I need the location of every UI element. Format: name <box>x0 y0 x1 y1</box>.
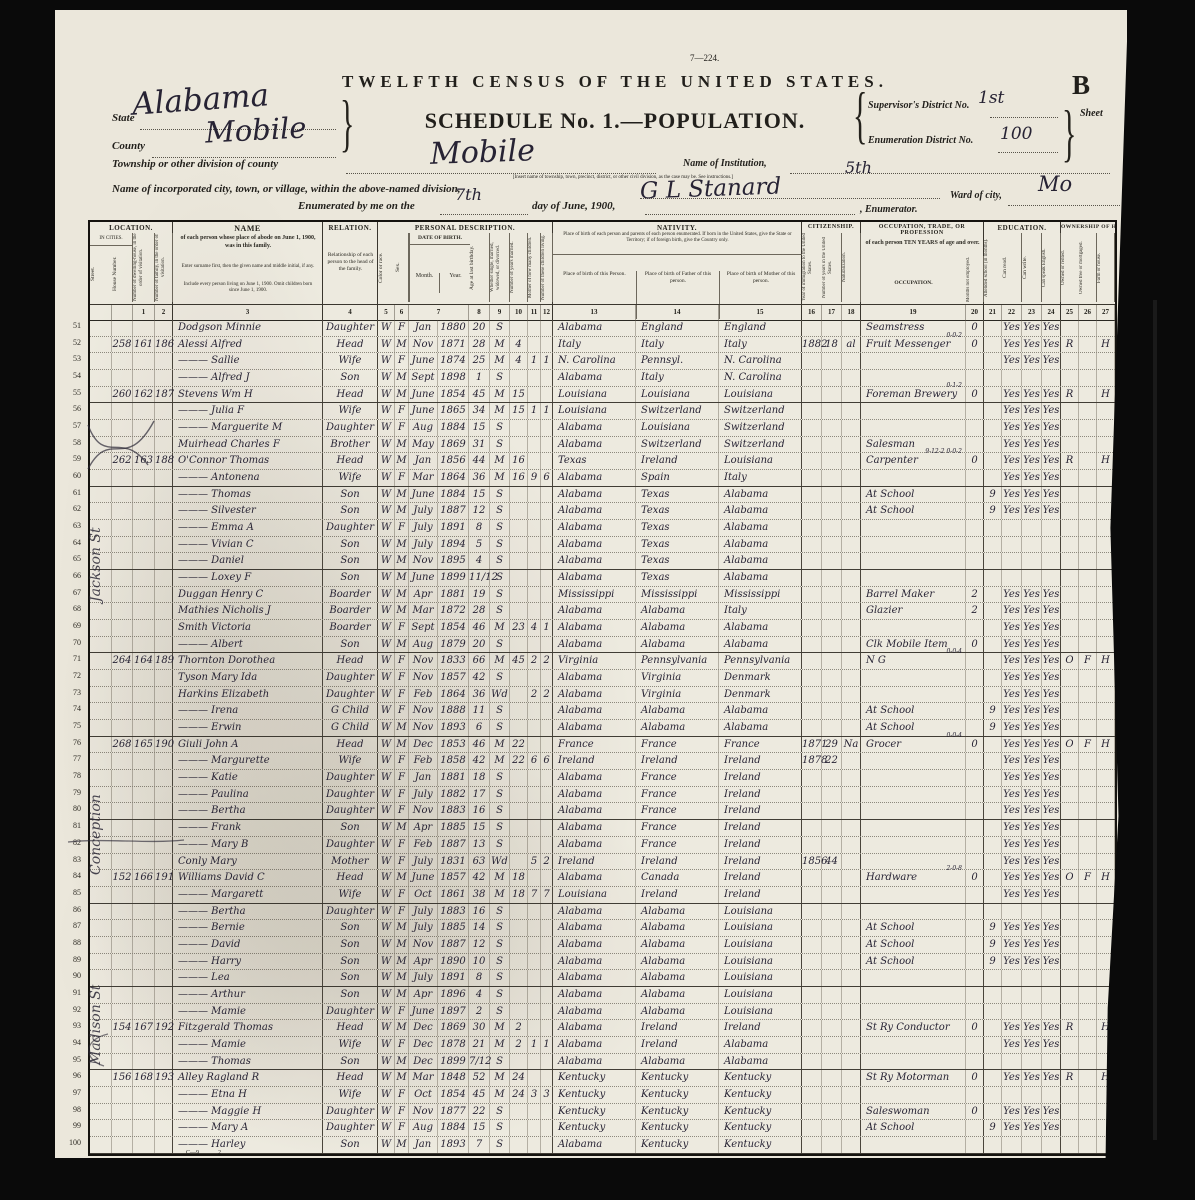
cell-oc <box>861 904 966 920</box>
cell-m: M <box>490 620 510 636</box>
cell-rd <box>1002 537 1022 553</box>
cell-ag: 30 <box>469 1020 490 1036</box>
line-number: 99 <box>60 1118 86 1135</box>
cell-cl: 1 <box>541 1037 553 1053</box>
cell-cl <box>541 803 553 819</box>
cell-m: M <box>490 1037 510 1053</box>
cell-pb: Alabama <box>553 687 636 703</box>
ward-prefix: 5th <box>845 158 872 177</box>
cell-ow <box>1061 620 1079 636</box>
cell-bm: Sept <box>409 620 438 636</box>
cell-ym: 4 <box>510 337 528 353</box>
cell-rd: Yes <box>1002 603 1022 619</box>
cell-pm: Alabama <box>719 487 802 503</box>
cell-rel: Mother <box>323 854 378 870</box>
cell-wr: Yes <box>1022 837 1042 853</box>
cell-f <box>155 787 173 803</box>
cell-f <box>155 487 173 503</box>
cell-mu: 0 <box>966 737 984 753</box>
cell-rel: Boarder <box>323 603 378 619</box>
line-number: 55 <box>60 385 86 402</box>
township-value: Mobile <box>429 133 535 172</box>
cell-en <box>1042 1137 1061 1153</box>
cell-nm: ——— Bernie <box>173 920 323 936</box>
cell-bm: Mar <box>409 603 438 619</box>
cell-im <box>802 820 822 836</box>
cell-en: Yes <box>1042 453 1061 469</box>
cell-rel: Son <box>323 970 378 986</box>
cell-wr: Yes <box>1022 920 1042 936</box>
cell-s: M <box>395 1070 409 1086</box>
cell-oc <box>861 787 966 803</box>
cell-f <box>155 620 173 636</box>
cell-h <box>112 753 133 769</box>
cell-pb: Louisiana <box>553 887 636 903</box>
cell-na <box>842 687 861 703</box>
cell-rel: Son <box>323 937 378 953</box>
cell-by: 1883 <box>438 803 469 819</box>
cell-ow <box>1061 803 1079 819</box>
cell-h <box>112 620 133 636</box>
cell-cl <box>541 637 553 653</box>
cell-mu <box>966 1004 984 1020</box>
cell-oc <box>861 620 966 636</box>
cell-ow <box>1061 503 1079 519</box>
cell-h <box>112 487 133 503</box>
cell-im <box>802 1104 822 1120</box>
cell-ow <box>1061 537 1079 553</box>
col-naturalization: Naturalization. <box>842 233 861 302</box>
cell-rel: Daughter <box>323 1120 378 1136</box>
cell-pb: Alabama <box>553 1037 636 1053</box>
cell-ym: 22 <box>510 753 528 769</box>
cell-ow: R <box>1061 337 1079 353</box>
cell-oc: Grocer0-0-4 <box>861 737 966 753</box>
cell-en: Yes <box>1042 787 1061 803</box>
cell-f <box>155 1004 173 1020</box>
cell-ag: 34 <box>469 403 490 419</box>
relation-desc: Relationship of each person to the head … <box>326 252 375 273</box>
cell-d <box>133 720 155 736</box>
cell-c: W <box>378 537 395 553</box>
cell-ow <box>1061 954 1079 970</box>
cell-d <box>133 1120 155 1136</box>
line-number: 86 <box>60 902 86 919</box>
cell-pf: Alabama <box>636 637 719 653</box>
cell-nm: ——— Thomas <box>173 487 323 503</box>
cell-ag: 28 <box>469 603 490 619</box>
cell-h <box>112 703 133 719</box>
cell-wr <box>1022 570 1042 586</box>
cell-mu <box>966 937 984 953</box>
cell-rel: Son <box>323 570 378 586</box>
cell-wr: Yes <box>1022 737 1042 753</box>
cell-ag: 14 <box>469 920 490 936</box>
cell-ow: O <box>1061 870 1079 886</box>
district-brace-open: { <box>853 81 867 152</box>
cell-pb: Alabama <box>553 370 636 386</box>
cell-m: M <box>490 403 510 419</box>
cell-bm: Dec <box>409 1054 438 1070</box>
col-pob: Place of birth of this Person. <box>553 271 636 278</box>
cell-mb <box>528 1070 541 1086</box>
cell-cl <box>541 537 553 553</box>
cell-mu <box>966 837 984 853</box>
cell-ag: 31 <box>469 437 490 453</box>
cell-bm: Dec <box>409 1020 438 1036</box>
cell-m: S <box>490 970 510 986</box>
cell-na <box>842 937 861 953</box>
cell-im <box>802 670 822 686</box>
group-citizenship: CITIZENSHIP. Year of immigration to the … <box>802 222 861 304</box>
cell-pb: Alabama <box>553 570 636 586</box>
footer-note: C—9 <box>186 1150 199 1156</box>
column-number <box>90 305 112 321</box>
cell-bm: Apr <box>409 820 438 836</box>
cell-ag: 66 <box>469 653 490 669</box>
cell-ag: 21 <box>469 1037 490 1053</box>
cell-pf: England <box>636 320 719 336</box>
cell-im <box>802 687 822 703</box>
cell-rel: Head <box>323 387 378 403</box>
cell-bm: Nov <box>409 1104 438 1120</box>
cell-h <box>112 520 133 536</box>
cell-im <box>802 603 822 619</box>
cell-oc <box>861 837 966 853</box>
cell-en <box>1042 1004 1061 1020</box>
cell-bm: Nov <box>409 937 438 953</box>
col-year: Year. <box>439 273 471 293</box>
cell-en: Yes <box>1042 753 1061 769</box>
cell-m: S <box>490 904 510 920</box>
cell-wr: Yes <box>1022 603 1042 619</box>
cell-yu: 29 <box>822 737 842 753</box>
cell-oc: St Ry Conductor <box>861 1020 966 1036</box>
cell-nm: Tyson Mary Ida <box>173 670 323 686</box>
cell-en <box>1042 987 1061 1003</box>
cell-m: S <box>490 1004 510 1020</box>
cell-pf: France <box>636 820 719 836</box>
cell-c: W <box>378 387 395 403</box>
cell-pm: Denmark <box>719 670 802 686</box>
cell-s: F <box>395 904 409 920</box>
cell-pf: Ireland <box>636 453 719 469</box>
col-house: House Number. <box>112 246 133 302</box>
cell-rd: Yes <box>1002 1037 1022 1053</box>
cell-by: 1897 <box>438 1004 469 1020</box>
cell-en: Yes <box>1042 670 1061 686</box>
cell-h <box>112 1054 133 1070</box>
cell-nm: ——— Loxey F <box>173 570 323 586</box>
cell-pb: Louisiana <box>553 387 636 403</box>
cell-wr: Yes <box>1022 1020 1042 1036</box>
cell-fm <box>1079 337 1097 353</box>
cell-c: W <box>378 570 395 586</box>
cell-sc <box>984 1020 1002 1036</box>
cell-pb: Alabama <box>553 803 636 819</box>
cell-ow <box>1061 320 1079 336</box>
line-number: 83 <box>60 852 86 869</box>
cell-h <box>112 987 133 1003</box>
cell-fm <box>1079 520 1097 536</box>
cell-c: W <box>378 1037 395 1053</box>
margin-flourish-curve <box>74 1030 114 1070</box>
cell-ym <box>510 854 528 870</box>
cell-wr: Yes <box>1022 420 1042 436</box>
cell-en: Yes <box>1042 1104 1061 1120</box>
cell-fm <box>1079 403 1097 419</box>
cell-rd: Yes <box>1002 687 1022 703</box>
cell-rd <box>1002 904 1022 920</box>
cell-mb <box>528 637 541 653</box>
cell-mb: 1 <box>528 353 541 369</box>
cell-s: F <box>395 320 409 336</box>
cell-ym <box>510 687 528 703</box>
cell-pm: Alabama <box>719 637 802 653</box>
cell-yu <box>822 470 842 486</box>
cell-mb <box>528 720 541 736</box>
cell-ow <box>1061 470 1079 486</box>
cell-m: S <box>490 503 510 519</box>
cell-cl <box>541 370 553 386</box>
cell-mu <box>966 904 984 920</box>
cell-mb <box>528 370 541 386</box>
cell-im: 1878 <box>802 753 822 769</box>
cell-rel: Daughter <box>323 670 378 686</box>
cell-bm: Mar <box>409 470 438 486</box>
cell-mb: 2 <box>528 687 541 703</box>
cell-rd <box>1002 1087 1022 1103</box>
enumeration-value: 100 <box>1000 124 1032 144</box>
cell-m: M <box>490 387 510 403</box>
cell-s: M <box>395 437 409 453</box>
cell-f: 189 <box>155 653 173 669</box>
cell-m: M <box>490 1087 510 1103</box>
cell-s: M <box>395 954 409 970</box>
cell-st <box>90 1120 112 1136</box>
cell-s: F <box>395 854 409 870</box>
cell-bm: Nov <box>409 720 438 736</box>
cell-ow: R <box>1061 387 1079 403</box>
cell-im <box>802 887 822 903</box>
cell-mu <box>966 920 984 936</box>
cell-pb: Alabama <box>553 537 636 553</box>
cell-en <box>1042 904 1061 920</box>
cell-fh <box>1097 787 1115 803</box>
cell-rel: Boarder <box>323 587 378 603</box>
cell-s: M <box>395 970 409 986</box>
cell-pf: France <box>636 737 719 753</box>
cell-ym: 16 <box>510 470 528 486</box>
cell-oc: Foreman Brewery0-1-2 <box>861 387 966 403</box>
cell-f <box>155 537 173 553</box>
cell-pm: Kentucky <box>719 1120 802 1136</box>
cell-by: 1877 <box>438 1104 469 1120</box>
cell-na <box>842 620 861 636</box>
cell-h <box>112 770 133 786</box>
cell-by: 1854 <box>438 620 469 636</box>
cell-nm: Fitzgerald Thomas <box>173 1020 323 1036</box>
cell-h <box>112 970 133 986</box>
cell-fm <box>1079 970 1097 986</box>
cell-ag: 15 <box>469 820 490 836</box>
cell-pb: Alabama <box>553 770 636 786</box>
cell-cl <box>541 720 553 736</box>
cell-pm: N. Carolina <box>719 370 802 386</box>
cell-d <box>133 854 155 870</box>
cell-sc: 9 <box>984 954 1002 970</box>
cell-im <box>802 987 822 1003</box>
col-years-us: Number of years in the United States. <box>822 233 842 302</box>
cell-ag: 2 <box>469 1004 490 1020</box>
cell-st <box>90 353 112 369</box>
ward-value: Mo <box>1038 172 1072 196</box>
cell-pf: Ireland <box>636 887 719 903</box>
column-number: 23 <box>1022 305 1042 321</box>
enumerator-signature: G L Stanard <box>640 174 782 205</box>
county-label: County <box>112 140 145 152</box>
cell-f <box>155 1120 173 1136</box>
cell-nm: ——— Erwin <box>173 720 323 736</box>
cell-mb <box>528 603 541 619</box>
cell-f <box>155 370 173 386</box>
cell-by: 1831 <box>438 854 469 870</box>
cell-im: 1882 <box>802 337 822 353</box>
cell-h <box>112 1037 133 1053</box>
cell-im <box>802 1004 822 1020</box>
column-number-row: 1234567891011121314151617181920212223242… <box>90 304 1115 321</box>
cell-fh <box>1097 420 1115 436</box>
cell-wr <box>1022 553 1042 569</box>
institution-label: Name of Institution, <box>683 158 767 169</box>
cell-pm: Louisiana <box>719 1004 802 1020</box>
cell-wr <box>1022 904 1042 920</box>
cell-wr <box>1022 520 1042 536</box>
cell-bm: Jan <box>409 453 438 469</box>
cell-fh <box>1097 770 1115 786</box>
name-desc3: Include every person living on June 1, 1… <box>179 282 317 295</box>
schedule-title: SCHEDULE No. 1.—POPULATION. <box>395 108 835 134</box>
cell-pm: Mississippi <box>719 587 802 603</box>
cell-mu <box>966 987 984 1003</box>
cell-fh <box>1097 437 1115 453</box>
cell-wr: Yes <box>1022 787 1042 803</box>
cell-pb: Alabama <box>553 670 636 686</box>
cell-wr: Yes <box>1022 820 1042 836</box>
cell-pb: N. Carolina <box>553 353 636 369</box>
cell-na <box>842 820 861 836</box>
cell-en: Yes <box>1042 837 1061 853</box>
cell-na <box>842 753 861 769</box>
cell-ym <box>510 837 528 853</box>
cell-mu <box>966 353 984 369</box>
cell-en <box>1042 537 1061 553</box>
cell-im <box>802 570 822 586</box>
cell-ym <box>510 487 528 503</box>
census-row: ——— MamieWifeWFDec187821M211AlabamaIrela… <box>90 1037 1115 1054</box>
cell-pf: Texas <box>636 487 719 503</box>
cell-pm: Ireland <box>719 887 802 903</box>
cell-im <box>802 837 822 853</box>
cell-na <box>842 954 861 970</box>
cell-pf: Alabama <box>636 1054 719 1070</box>
cell-mu <box>966 553 984 569</box>
cell-by: 1848 <box>438 1070 469 1086</box>
cell-oc <box>861 570 966 586</box>
cell-cl <box>541 1104 553 1120</box>
cell-cl <box>541 603 553 619</box>
cell-d <box>133 1104 155 1120</box>
cell-rd <box>1002 987 1022 1003</box>
cell-c: W <box>378 854 395 870</box>
cell-fm <box>1079 837 1097 853</box>
cell-cl <box>541 1070 553 1086</box>
cell-ow <box>1061 637 1079 653</box>
cell-h <box>112 904 133 920</box>
cell-ym <box>510 670 528 686</box>
cell-pm: Alabama <box>719 520 802 536</box>
cell-im <box>802 520 822 536</box>
cell-rd: Yes <box>1002 820 1022 836</box>
cell-c: W <box>378 1087 395 1103</box>
cell-en: Yes <box>1042 620 1061 636</box>
cell-im <box>802 937 822 953</box>
cell-by: 1893 <box>438 720 469 736</box>
cell-c: W <box>378 470 395 486</box>
cell-mu <box>966 370 984 386</box>
cell-s: M <box>395 870 409 886</box>
cell-mb: 3 <box>528 1087 541 1103</box>
cell-cl <box>541 587 553 603</box>
cell-ym <box>510 720 528 736</box>
cell-nm: ——— Antonena <box>173 470 323 486</box>
cell-pm: Louisiana <box>719 970 802 986</box>
cell-rd: Yes <box>1002 937 1022 953</box>
cell-rd: Yes <box>1002 403 1022 419</box>
cell-d <box>133 1004 155 1020</box>
enumerator-label: , Enumerator. <box>860 204 918 215</box>
cell-fm <box>1079 1070 1097 1086</box>
state-label: State <box>112 112 135 124</box>
census-row: ——— Loxey FSonWMJune189911/12SAlabamaTex… <box>90 570 1115 587</box>
cell-pf: Alabama <box>636 970 719 986</box>
cell-wr: Yes <box>1022 753 1042 769</box>
cell-fm <box>1079 437 1097 453</box>
cell-pb: Virginia <box>553 653 636 669</box>
cell-im <box>802 1120 822 1136</box>
line-number: 53 <box>60 351 86 368</box>
cell-na <box>842 1120 861 1136</box>
cell-wr <box>1022 1054 1042 1070</box>
cell-mb <box>528 937 541 953</box>
cell-pb: Louisiana <box>553 403 636 419</box>
cell-pf: Switzerland <box>636 437 719 453</box>
cell-fm <box>1079 1004 1097 1020</box>
cell-pf: Italy <box>636 337 719 353</box>
cell-mb <box>528 1104 541 1120</box>
cell-ag: 46 <box>469 737 490 753</box>
cell-rd: Yes <box>1002 503 1022 519</box>
cell-pf: France <box>636 787 719 803</box>
cell-na <box>842 720 861 736</box>
cell-sc <box>984 870 1002 886</box>
cell-fh <box>1097 320 1115 336</box>
col-marital: Whether single, married, widowed, or div… <box>490 233 510 302</box>
cell-ag: 20 <box>469 637 490 653</box>
cell-sc <box>984 1137 1002 1153</box>
cell-cl <box>541 837 553 853</box>
column-number: 9 <box>490 305 510 321</box>
